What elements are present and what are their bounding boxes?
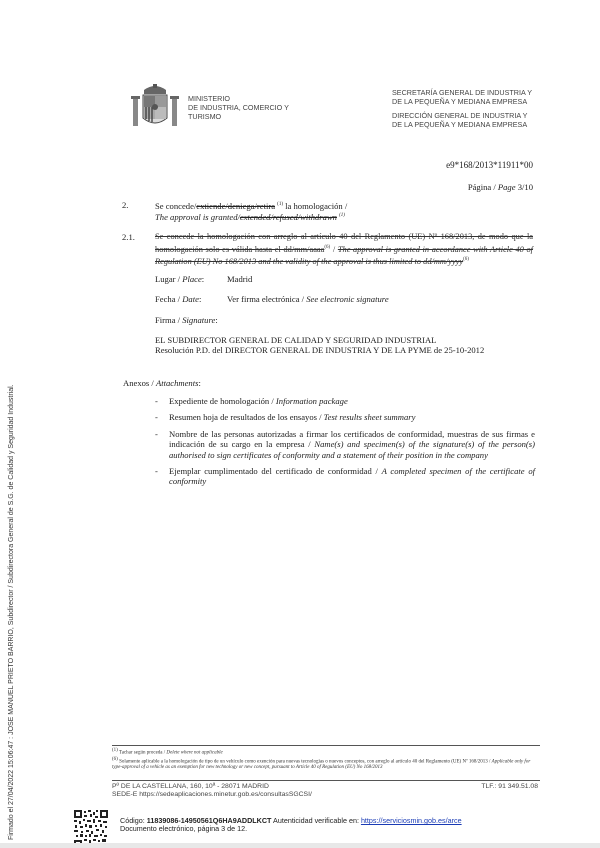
phone-number: TLF.: 91 349.51.08 — [481, 783, 538, 790]
section-2-1-number: 2.1. — [122, 232, 135, 242]
footnote-es: Tachar según proceda / — [119, 751, 166, 756]
footnote-ref: (1) — [339, 213, 345, 218]
footnotes: (1) Tachar según proceda / Delete where … — [112, 748, 540, 771]
signature-label-es: Firma / — [155, 315, 182, 325]
place-value: Madrid — [227, 274, 252, 284]
footnote-divider — [112, 745, 540, 746]
section-2-number: 2. — [122, 200, 128, 210]
signatory-resolution: Resolución P.D. del DIRECTOR GENERAL DE … — [155, 345, 484, 355]
signature-label: Firma / Signature: — [155, 315, 218, 325]
verify-label: Autenticidad verificable en: — [271, 816, 361, 825]
approval-suffix-es: la homologación / — [283, 201, 347, 211]
date-label-en: Date — [182, 294, 199, 304]
page-number: 3/10 — [518, 182, 533, 192]
section-2-text: Se concede/extiende/deniega/retira (1) l… — [155, 200, 555, 222]
annex-item: -Ejemplar cumplimentado del certificado … — [155, 466, 535, 487]
footnote: (6) Solamente aplicable a la homologació… — [112, 757, 540, 772]
ministry-name: MINISTERIO DE INDUSTRIA, COMERCIO Y TURI… — [188, 94, 289, 121]
date-value: Ver firma electrónica / See electronic s… — [227, 294, 389, 304]
ministry-line: MINISTERIO — [188, 94, 289, 103]
address-divider — [112, 780, 540, 781]
annexes-title: Anexos / Attachments: — [123, 378, 201, 388]
electronic-page-info: Documento electrónico, página 3 de 12. — [120, 825, 462, 833]
page-indicator: Página / Page 3/10 — [468, 182, 533, 192]
spain-coat-of-arms-icon — [130, 84, 180, 132]
footnote-mark: (1) — [112, 748, 118, 753]
page-label-en: Page — [498, 182, 516, 192]
date-value-en: See electronic signature — [306, 294, 388, 304]
place-label-es: Lugar / — [155, 274, 182, 284]
directorate-name: DIRECCIÓN GENERAL DE INDUSTRIA Y DE LA P… — [392, 111, 532, 129]
secretariat-name: SECRETARÍA GENERAL DE INDUSTRIA Y DE LA … — [392, 88, 532, 106]
address-block: Pº DE LA CASTELLANA, 160, 10ª - 28071 MA… — [112, 783, 312, 800]
place-label: Lugar / Place: — [155, 274, 204, 284]
annex-item: -Expediente de homologación / Informatio… — [155, 396, 535, 406]
annexes-list: -Expediente de homologación / Informatio… — [155, 396, 535, 493]
page-label-es: Página / — [468, 182, 498, 192]
annexes-title-en: Attachments — [156, 378, 198, 388]
footnote-mark: (6) — [112, 757, 118, 762]
secretariat-line: SECRETARÍA GENERAL DE INDUSTRIA Y — [392, 88, 532, 97]
footnote-ref: (6) — [463, 257, 469, 262]
footnote: (1) Tachar según proceda / Delete where … — [112, 748, 540, 757]
annex-es: Expediente de homologación / — [169, 396, 276, 406]
secretariat-line: DE LA PEQUEÑA Y MEDIANA EMPRESA — [392, 97, 532, 106]
approval-granted-en: The approval is granted/ — [155, 212, 240, 222]
signatory-title: EL SUBDIRECTOR GENERAL DE CALIDAD Y SEGU… — [155, 335, 484, 345]
section-2-1-text: Se concede la homologación con arreglo a… — [155, 232, 533, 267]
footnote-en: Delete where not applicable — [166, 751, 222, 756]
document-reference: e9*168/2013*11911*00 — [446, 160, 533, 170]
approval-granted-es: Se concede/ — [155, 201, 196, 211]
date-label-es: Fecha / — [155, 294, 182, 304]
verification-block: Código: 11839086-14950561Q6HA9ADDLKCT Au… — [120, 817, 462, 834]
address-line: Pº DE LA CASTELLANA, 160, 10ª - 28071 MA… — [112, 783, 312, 791]
directorate-line: DIRECCIÓN GENERAL DE INDUSTRIA Y — [392, 111, 532, 120]
footnote-es: Solamente aplicable a la homologación de… — [119, 759, 492, 764]
annex-item: -Resumen hoja de resultados de los ensay… — [155, 412, 535, 422]
separator: / — [330, 244, 338, 253]
sede-url: SEDE-E https://sedeaplicaciones.minetur.… — [112, 791, 312, 799]
date-value-es: Ver firma electrónica / — [227, 294, 306, 304]
signatory-block: EL SUBDIRECTOR GENERAL DE CALIDAD Y SEGU… — [155, 335, 484, 356]
annexes-title-es: Anexos / — [123, 378, 156, 388]
annex-es: Ejemplar cumplimentado del certificado d… — [169, 466, 382, 476]
ministry-line: TURISMO — [188, 112, 289, 121]
struck-options-es: extiende/deniega/retira — [196, 201, 275, 211]
place-label-en: Place — [182, 274, 202, 284]
annex-en: Information package — [276, 396, 348, 406]
annex-es: Resumen hoja de resultados de los ensayo… — [169, 412, 324, 422]
verification-link[interactable]: https://serviciosmin.gob.es/arce — [361, 816, 462, 825]
page-bottom-edge — [0, 843, 600, 848]
signature-label-en: Signature — [182, 315, 215, 325]
annex-en: Test results sheet summary — [324, 412, 416, 422]
signature-stamp: Firmado el 27/04/2022 15:06:47 : JOSE MA… — [8, 384, 15, 840]
ministry-line: DE INDUSTRIA, COMERCIO Y — [188, 103, 289, 112]
struck-options-en: extended/refused/withdrawn — [240, 212, 337, 222]
annex-item: -Nombre de las personas autorizadas a fi… — [155, 429, 535, 460]
directorate-line: DE LA PEQUEÑA Y MEDIANA EMPRESA — [392, 120, 532, 129]
department-names: SECRETARÍA GENERAL DE INDUSTRIA Y DE LA … — [392, 88, 532, 129]
date-label: Fecha / Date: — [155, 294, 201, 304]
